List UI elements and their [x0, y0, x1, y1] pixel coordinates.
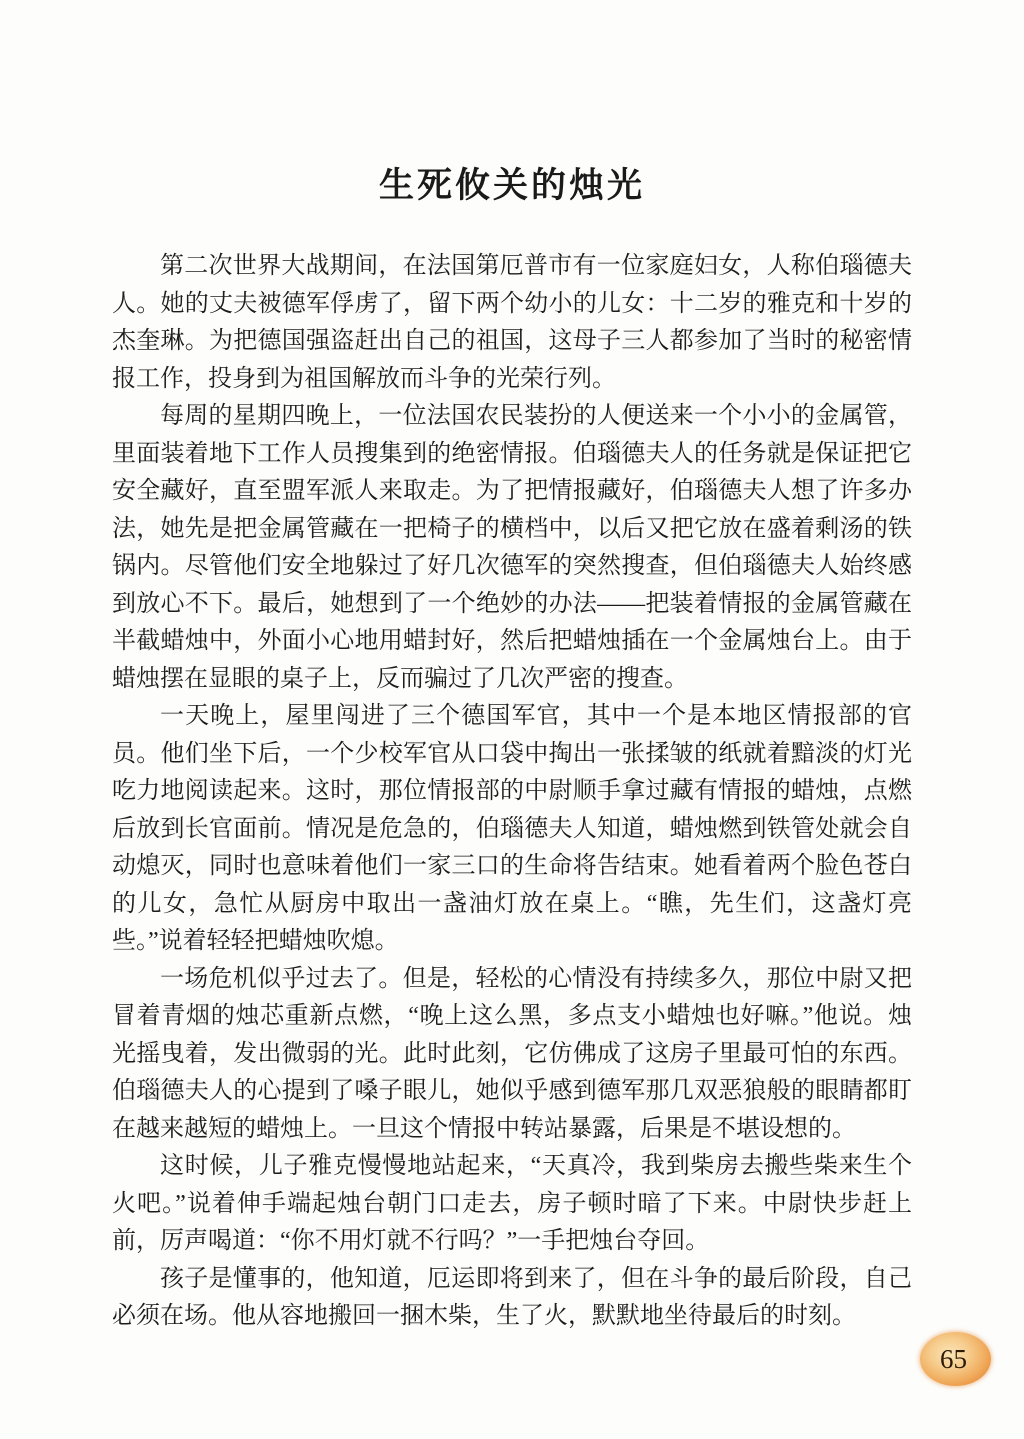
page-number-badge: 65 — [920, 1332, 991, 1386]
paragraph-4: 一场危机似乎过去了。但是，轻松的心情没有持续多久，那位中尉又把冒着青烟的烛芯重新… — [112, 961, 912, 1149]
paragraph-1: 第二次世界大战期间，在法国第厄普市有一位家庭妇女，人称伯瑙德夫人。她的丈夫被德军… — [112, 248, 912, 398]
story-text: 第二次世界大战期间，在法国第厄普市有一位家庭妇女，人称伯瑙德夫人。她的丈夫被德军… — [112, 248, 912, 1336]
page-title: 生死攸关的烛光 — [0, 0, 1024, 208]
textbook-page: 生死攸关的烛光 第二次世界大战期间，在法国第厄普市有一位家庭妇女，人称伯瑙德夫人… — [0, 0, 1024, 1439]
paragraph-3: 一天晚上，屋里闯进了三个德国军官，其中一个是本地区情报部的官员。他们坐下后，一个… — [112, 698, 912, 961]
paragraph-2: 每周的星期四晚上，一位法国农民装扮的人便送来一个小小的金属管，里面装着地下工作人… — [112, 398, 912, 698]
paragraph-6: 孩子是懂事的，他知道，厄运即将到来了，但在斗争的最后阶段，自己必须在场。他从容地… — [112, 1261, 912, 1336]
page-number: 65 — [940, 1346, 967, 1373]
paragraph-5: 这时候，儿子雅克慢慢地站起来，“天真冷，我到柴房去搬些柴来生个火吧。”说着伸手端… — [112, 1148, 912, 1261]
